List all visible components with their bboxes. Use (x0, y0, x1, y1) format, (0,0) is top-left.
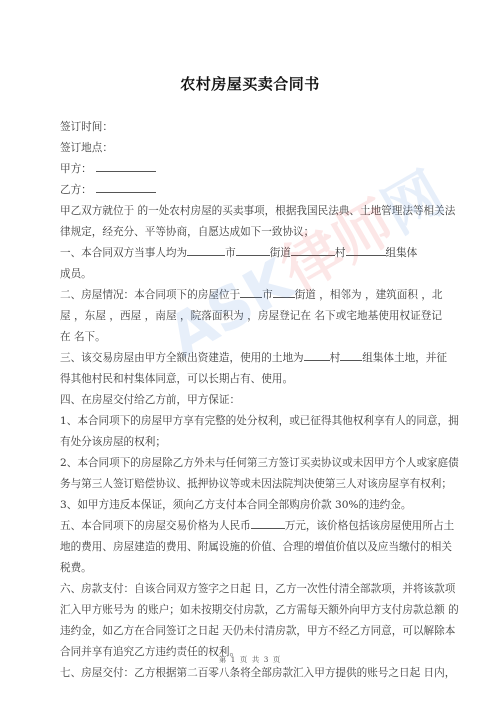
paragraph-line: 甲乙双方就位于 的一处农村房屋的买卖事项，根据我国民法典、土地管理法等相关法 (60, 201, 442, 222)
city-blank[interactable] (187, 244, 225, 256)
paragraph-line: 律规定，经充分、平等协商，自愿达成如下一致协议； (60, 222, 442, 243)
paragraph-line: 屋 ，东屋 ，西屋 ，南屋 ，院落面积为 ，房屋登记在 名下或宅地基使用权证登记 (60, 306, 442, 327)
paragraph-line: 违约金，如乙方在合同签订之日起 天仍未付清房款，甲方不经乙方同意，可以解除本 (60, 621, 442, 642)
village-blank[interactable] (304, 349, 330, 361)
street-blank[interactable] (273, 286, 295, 298)
street-blank[interactable] (236, 244, 270, 256)
city-blank[interactable] (240, 286, 262, 298)
clause-1-line: 一、本合同双方当事人均为市街道村组集体 (60, 243, 442, 264)
clause-3-line: 三、该交易房屋由甲方全额出资建造，使用的土地为村组集体土地，并征 (60, 348, 442, 369)
document-title: 农村房屋买卖合同书 (0, 73, 500, 94)
paragraph-line: 务与第三人签订赔偿协议、抵押协议等或未因法院判决使第三人对该房屋享有权利； (60, 474, 442, 495)
party-a: 甲方： (60, 159, 442, 180)
paragraph-line: 3、如甲方违反本保证，须向乙方支付本合同全部购房价款 30%的违约金。 (60, 495, 442, 516)
paragraph-line: 成员。 (60, 264, 442, 285)
signing-time: 签订时间： (60, 117, 442, 138)
party-b-blank[interactable] (96, 181, 156, 193)
paragraph-line: 四、在房屋交付给乙方前，甲方保证： (60, 390, 442, 411)
paragraph-line: 得其他村民和村集体同意，可以长期占有、使用。 (60, 369, 442, 390)
clause-5-line: 五、本合同项下的房屋交易价格为人民币万元，该价格包括该房屋使用所占土 (60, 516, 442, 537)
paragraph-line: 六、房款支付：自该合同双方签字之日起 日，乙方一次性付清全部款项，并将该款项 (60, 579, 442, 600)
paragraph-line: 汇入甲方账号为 的账户；如未按期交付房款，乙方需每天额外向甲方支付房款总额 的 (60, 600, 442, 621)
page-footer: 第 1 页 共 3 页 (0, 654, 500, 665)
party-b: 乙方： (60, 180, 442, 201)
paragraph-line: 1、本合同项下的房屋甲方享有完整的处分权利，或已征得其他权利享有人的同意，拥 (60, 411, 442, 432)
document-body: 签订时间： 签订地点： 甲方： 乙方： 甲乙双方就位于 的一处农村房屋的买卖事项… (60, 117, 442, 684)
group-blank[interactable] (346, 244, 386, 256)
party-a-blank[interactable] (96, 160, 156, 172)
clause-2-line: 二、房屋情况：本合同项下的房屋位于市街道 ，相邻为 ，建筑面积 ，北 (60, 285, 442, 306)
group-blank[interactable] (340, 349, 362, 361)
paragraph-line: 有处分该房屋的权利； (60, 432, 442, 453)
paragraph-line: 2、本合同项下的房屋除乙方外未与任何第三方签订买卖协议或未因甲方个人或家庭债 (60, 453, 442, 474)
party-a-label: 甲方： (60, 163, 92, 175)
signing-place: 签订地点： (60, 138, 442, 159)
paragraph-line: 在 名下。 (60, 327, 442, 348)
paragraph-line: 七、房屋交付：乙方根据第二百零八条将全部房款汇入甲方提供的账号之日起 日内， (60, 663, 442, 684)
price-blank[interactable] (251, 517, 285, 529)
party-b-label: 乙方： (60, 184, 92, 196)
village-blank[interactable] (291, 244, 335, 256)
paragraph-line: 地的费用、房屋建造的费用、附属设施的价值、合理的增值价值以及应当缴付的相关 (60, 537, 442, 558)
paragraph-line: 税费。 (60, 558, 442, 579)
